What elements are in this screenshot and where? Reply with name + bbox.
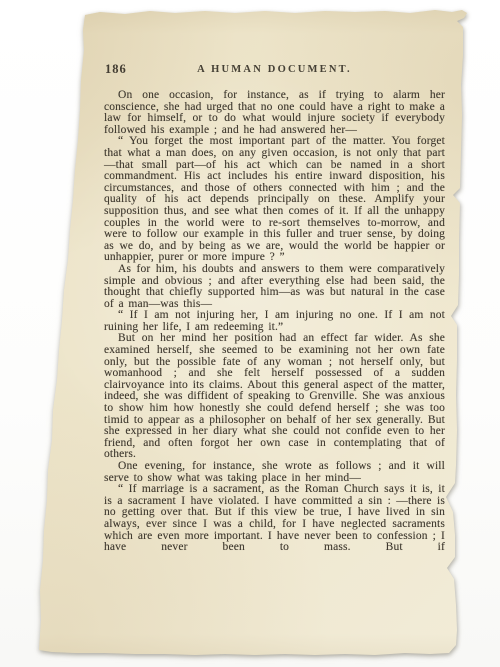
running-title: A HUMAN DOCUMENT. bbox=[104, 64, 445, 75]
body-paragraph: “ If I am not injuring her, I am injurin… bbox=[104, 310, 445, 333]
page-shadow-wrapper: 186 A HUMAN DOCUMENT. On one occasion, f… bbox=[0, 0, 500, 667]
body-paragraph: “ If marriage is a sacrament, as the Rom… bbox=[104, 484, 445, 554]
body-text-block: On one occasion, for instance, as if try… bbox=[104, 90, 445, 554]
scan-background: 186 A HUMAN DOCUMENT. On one occasion, f… bbox=[0, 0, 500, 667]
body-paragraph: “ You forget the most important part of … bbox=[104, 136, 445, 264]
body-paragraph: One evening, for instance, she wrote as … bbox=[104, 461, 445, 484]
body-paragraph: As for him, his doubts and answers to th… bbox=[104, 264, 445, 310]
running-head: 186 A HUMAN DOCUMENT. bbox=[104, 62, 445, 78]
body-paragraph: But on her mind her position had an effe… bbox=[104, 333, 445, 461]
book-page: 186 A HUMAN DOCUMENT. On one occasion, f… bbox=[0, 0, 500, 667]
body-paragraph: On one occasion, for instance, as if try… bbox=[104, 90, 445, 136]
